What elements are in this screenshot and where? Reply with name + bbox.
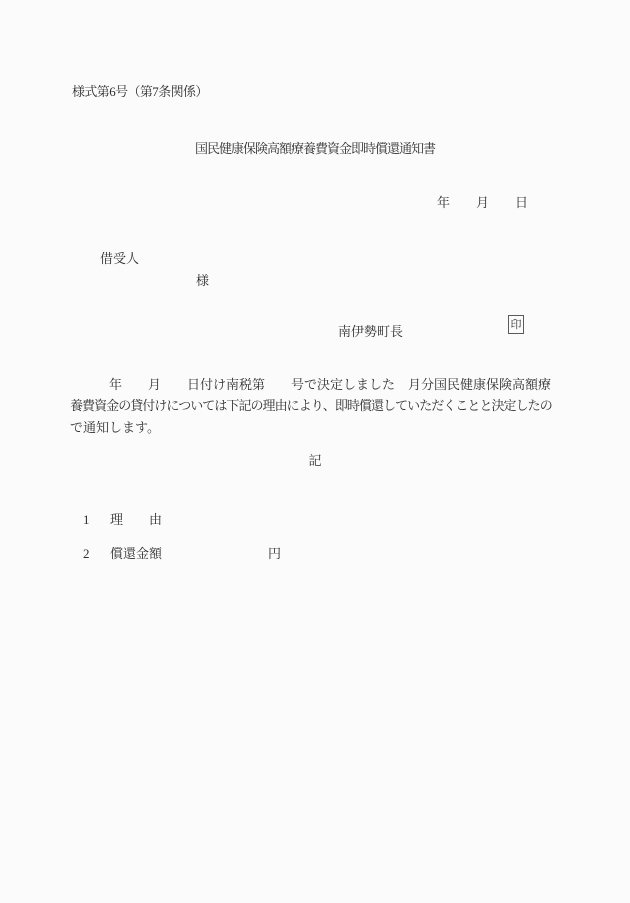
item-number: 1	[83, 512, 110, 528]
item-value: 円	[268, 546, 281, 561]
list-item-repayment-amount: 2償還金額円	[70, 527, 281, 578]
document-page: 様式第6号（第7条関係） 国民健康保険高額療養費資金即時償還通知書 年 月 日 …	[0, 0, 630, 903]
seal-icon: 印	[511, 319, 522, 331]
sender-name: 南伊勢町長	[338, 321, 403, 340]
addressee-label: 借受人	[100, 248, 139, 267]
item-label: 償還金額	[110, 546, 162, 561]
seal-stamp-box: 印	[508, 315, 524, 334]
form-number: 様式第6号（第7条関係）	[72, 81, 208, 100]
date-blank-line: 年 月 日	[437, 192, 528, 211]
item-label: 理 由	[110, 512, 162, 527]
record-heading: 記	[0, 450, 630, 469]
body-paragraph-line-1: 年 月 日付け南税第 号で決定しました 月分国民健康保険高額療	[70, 374, 551, 393]
body-paragraph-line-2: 養費資金の貸付けについては下記の理由により、即時償還していただくことと決定したの	[70, 395, 552, 414]
item-number: 2	[83, 546, 110, 562]
document-title: 国民健康保険高額療養費資金即時償還通知書	[0, 138, 630, 157]
addressee-honorific: 様	[196, 270, 209, 289]
body-paragraph-line-3: で通知します。	[70, 417, 160, 436]
